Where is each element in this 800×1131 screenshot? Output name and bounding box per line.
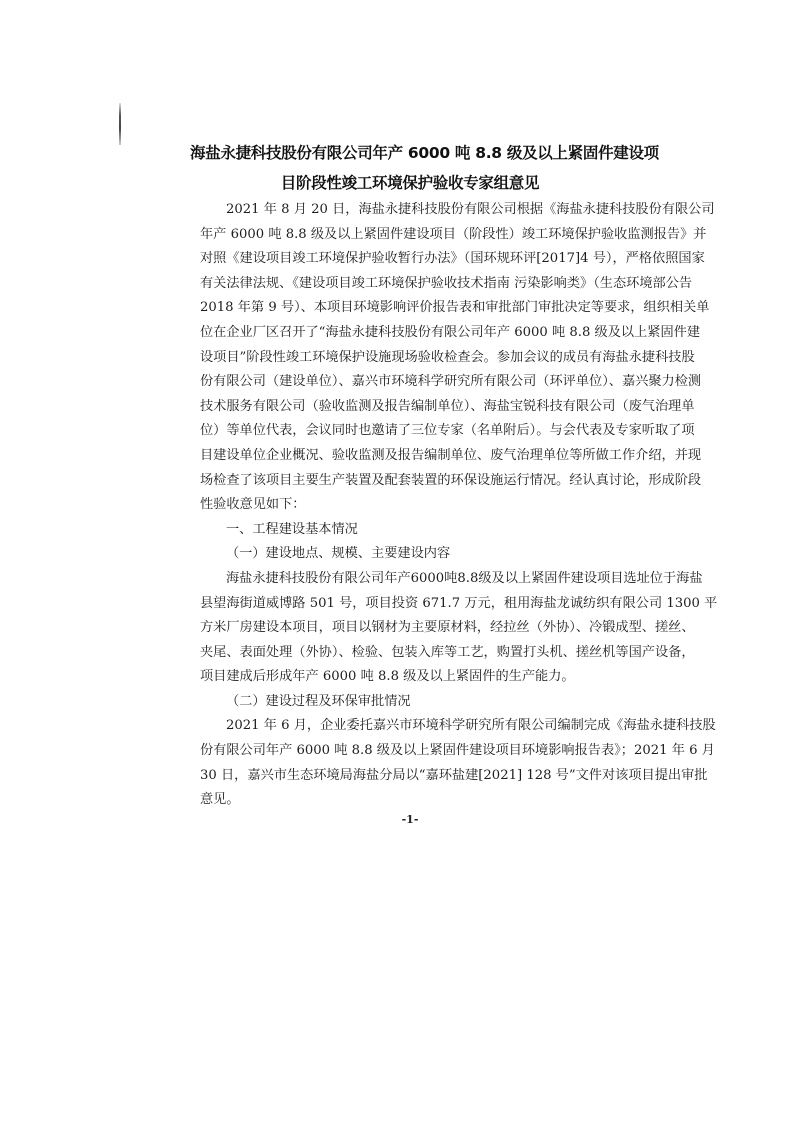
- text-line: 技术服务有限公司（验收监测及报告编制单位）、海盐宝锐科技有限公司（废气治理单: [200, 395, 624, 420]
- page-number: -1-: [390, 813, 430, 826]
- title-line-1: 海盐永捷科技股份有限公司年产 6000 吨 8.8 级及以上紧固件建设项: [190, 138, 630, 168]
- text-line: 夹尾、表面处理（外协）、检验、包装入库等工艺，购置打头机、搓丝机等国产设备，: [200, 641, 624, 666]
- text-line: 设项目”阶段性竣工环境保护设施现场验收检查会。参加会议的成员有海盐永捷科技股: [200, 346, 624, 371]
- text-line: 2021 年 6 月，企业委托嘉兴市环境科学研究所有限公司编制完成《海盐永捷科技…: [200, 714, 624, 739]
- subsection-2-paragraph: 2021 年 6 月，企业委托嘉兴市环境科学研究所有限公司编制完成《海盐永捷科技…: [200, 714, 624, 812]
- text-line: 有关法律法规、《建设项目竣工环境保护验收技术指南 污染影响类》（生态环境部公告: [200, 272, 624, 297]
- document-title: 海盐永捷科技股份有限公司年产 6000 吨 8.8 级及以上紧固件建设项 目阶段…: [190, 138, 630, 198]
- text-line: 海盐永捷科技股份有限公司年产6000吨8.8级及以上紧固件建设项目选址位于海盐: [200, 567, 624, 592]
- text-line: 对照《建设项目竣工环境保护验收暂行办法》（国环规环评[2017]4 号），严格依…: [200, 247, 624, 272]
- document-body: 2021 年 8 月 20 日，海盐永捷科技股份有限公司根据《海盐永捷科技股份有…: [200, 198, 624, 813]
- subsection-heading: （二）建设过程及环保审批情况: [200, 690, 624, 715]
- text-line: 份有限公司年产 6000 吨 8.8 级及以上紧固件建设项目环境影响报告表》；2…: [200, 739, 624, 764]
- subsection-1-paragraph: 海盐永捷科技股份有限公司年产6000吨8.8级及以上紧固件建设项目选址位于海盐 …: [200, 567, 624, 690]
- section-heading: 一、工程建设基本情况: [200, 518, 624, 543]
- text-line: 年产 6000 吨 8.8 级及以上紧固件建设项目（阶段性）竣工环境保护验收监测…: [200, 223, 624, 248]
- title-line-2: 目阶段性竣工环境保护验收专家组意见: [190, 168, 630, 198]
- intro-paragraph: 2021 年 8 月 20 日，海盐永捷科技股份有限公司根据《海盐永捷科技股份有…: [200, 198, 624, 518]
- text-line: 场检查了该项目主要生产装置及配套装置的环保设施运行情况。经认真讨论，形成阶段: [200, 469, 624, 494]
- scan-artifact-mark: [119, 103, 121, 145]
- text-line: 30 日，嘉兴市生态环境局海盐分局以“嘉环盐建[2021] 128 号”文件对该…: [200, 764, 624, 789]
- text-line: 位在企业厂区召开了“海盐永捷科技股份有限公司年产 6000 吨 8.8 级及以上…: [200, 321, 624, 346]
- text-line: 2021 年 8 月 20 日，海盐永捷科技股份有限公司根据《海盐永捷科技股份有…: [200, 198, 624, 223]
- text-line: 项目建成后形成年产 6000 吨 8.8 级及以上紧固件的生产能力。: [200, 665, 624, 690]
- subsection-heading: （一）建设地点、规模、主要建设内容: [200, 542, 624, 567]
- text-line: 份有限公司（建设单位）、嘉兴市环境科学研究所有限公司（环评单位）、嘉兴聚力检测: [200, 370, 624, 395]
- text-line: 2018 年第 9 号）、本项目环境影响评价报告表和审批部门审批决定等要求，组织…: [200, 296, 624, 321]
- text-line: 方米厂房建设本项目，项目以钢材为主要原材料，经拉丝（外协）、冷锻成型、搓丝、: [200, 616, 624, 641]
- text-line: 位）等单位代表，会议同时也邀请了三位专家（名单附后）。与会代表及专家听取了项: [200, 419, 624, 444]
- text-line: 性验收意见如下：: [200, 493, 624, 518]
- text-line: 目建设单位企业概况、验收监测及报告编制单位、废气治理单位等所做工作介绍，并现: [200, 444, 624, 469]
- text-line: 意见。: [200, 788, 624, 813]
- text-line: 县望海街道威博路 501 号，项目投资 671.7 万元，租用海盐龙诚纺织有限公…: [200, 592, 624, 617]
